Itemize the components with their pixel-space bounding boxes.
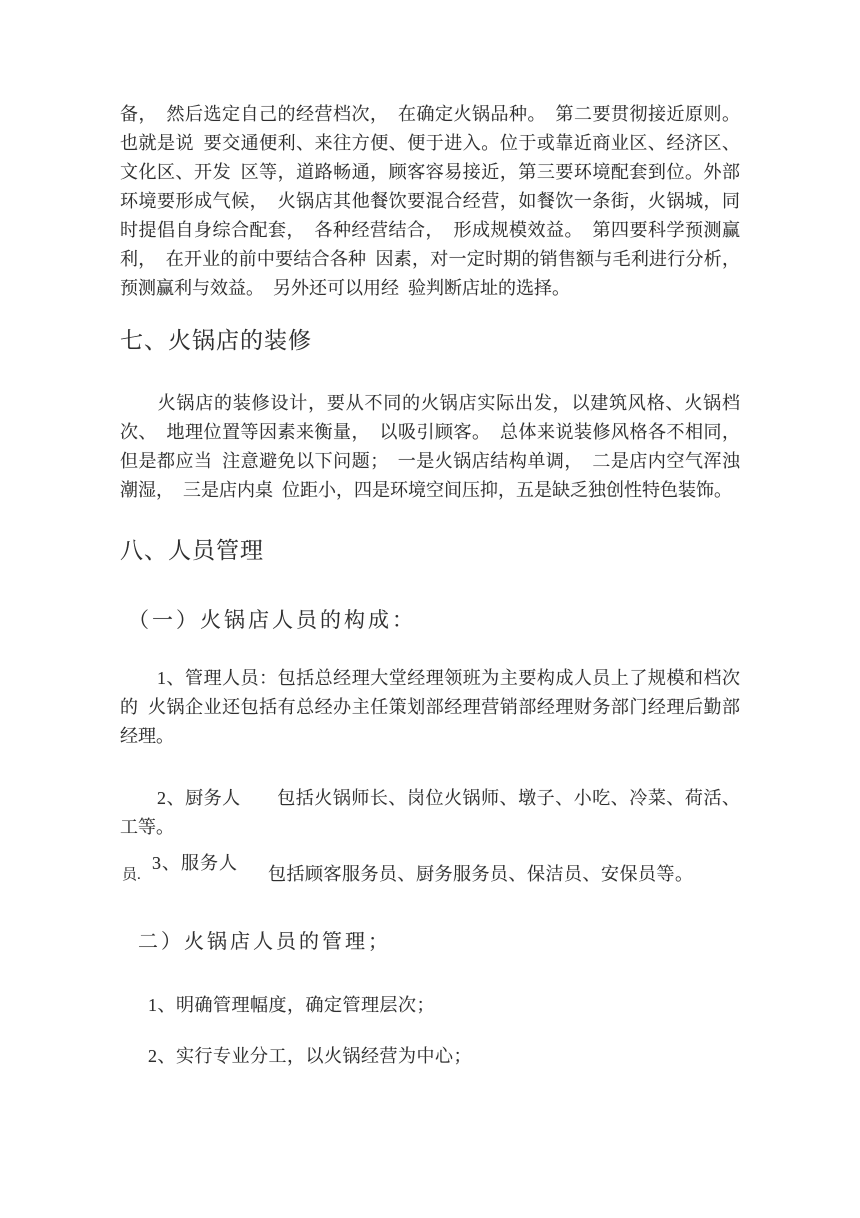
text-line: 预测赢利与效益。 另外还可以用经 验判断店址的选择。: [120, 274, 740, 303]
intro-paragraph: 备， 然后选定自己的经营档次， 在确定火锅品种。 第二要贯彻接近原则。也就是说 …: [120, 100, 740, 303]
document-content: 备， 然后选定自己的经营档次， 在确定火锅品种。 第二要贯彻接近原则。也就是说 …: [120, 0, 740, 1071]
document-page: 备， 然后选定自己的经营档次， 在确定火锅品种。 第二要贯彻接近原则。也就是说 …: [0, 0, 860, 1218]
text-line: 时提倡自身综合配套， 各种经营结合， 形成规模效益。 第四要科学预测赢: [120, 216, 740, 245]
management-rule-item-2: 2、实行专业分工，以火锅经营为中心；: [148, 1042, 740, 1071]
management-staff-item: 1、管理人员：包括总经理大堂经理领班为主要构成人员上了规模和档次的 火锅企业还包…: [120, 664, 740, 751]
section-8-heading: 八、人员管理: [120, 536, 740, 566]
service-staff-item-number: 3、服务人: [152, 849, 238, 878]
subsection-staff-management-heading: 二）火锅店人员的管理；: [138, 927, 740, 957]
text-line: 2、厨务人 包括火锅师长、岗位火锅师、墩子、小吃、冷菜、荷活、: [120, 784, 740, 813]
section-7-heading: 七、火锅店的装修: [120, 326, 740, 356]
service-staff-item: 3、服务人 员. 包括顾客服务员、厨务服务员、保洁员、安保员等。: [120, 849, 740, 895]
management-rule-item-1: 1、明确管理幅度，确定管理层次；: [148, 991, 740, 1020]
text-line: 潮湿， 三是店内桌 位距小，四是环境空间压抑，五是缺乏独创性特色装饰。: [120, 476, 740, 505]
subsection-staff-composition-heading: （一）火锅店人员的构成：: [128, 605, 740, 635]
text-line: 的 火锅企业还包括有总经办主任策划部经理营销部经理财务部门经理后勤部: [120, 693, 740, 722]
text-line: 利， 在开业的前中要结合各种 因素，对一定时期的销售额与毛利进行分析，: [120, 245, 740, 274]
section-7-paragraph: 火锅店的装修设计，要从不同的火锅店实际出发，以建筑风格、火锅档次、 地理位置等因…: [120, 389, 740, 505]
kitchen-staff-item: 2、厨务人 包括火锅师长、岗位火锅师、墩子、小吃、冷菜、荷活、工等。: [120, 784, 740, 842]
text-line: 也就是说 要交通便利、来往方便、便于进入。位于或靠近商业区、经济区、: [120, 129, 740, 158]
text-line: 次、 地理位置等因素来衡量， 以吸引顾客。 总体来说装修风格各不相同，: [120, 418, 740, 447]
text-line: 火锅店的装修设计，要从不同的火锅店实际出发，以建筑风格、火锅档: [120, 389, 740, 418]
service-staff-item-text: 包括顾客服务员、厨务服务员、保洁员、安保员等。: [268, 860, 694, 889]
text-line: 经理。: [120, 722, 740, 751]
service-staff-wrapped-character: 员.: [122, 865, 141, 885]
text-line: 工等。: [120, 813, 740, 842]
text-line: 但是都应当 注意避免以下问题； 一是火锅店结构单调， 二是店内空气浑浊: [120, 447, 740, 476]
text-line: 环境要形成气候， 火锅店其他餐饮要混合经营，如餐饮一条街，火锅城，同: [120, 187, 740, 216]
text-line: 备， 然后选定自己的经营档次， 在确定火锅品种。 第二要贯彻接近原则。: [120, 100, 740, 129]
text-line: 文化区、开发 区等，道路畅通，顾客容易接近，第三要环境配套到位。外部: [120, 158, 740, 187]
text-line: 1、管理人员：包括总经理大堂经理领班为主要构成人员上了规模和档次: [120, 664, 740, 693]
